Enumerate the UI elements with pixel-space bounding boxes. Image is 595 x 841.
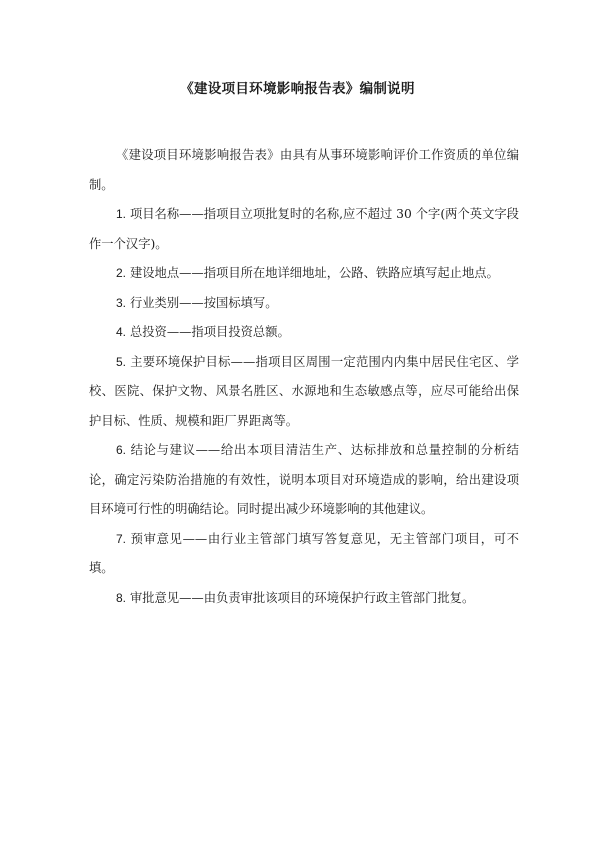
item-text: 行业类别——按国标填写。 <box>130 296 278 310</box>
item-text: 审批意见——由负责审批该项目的环境保护行政主管部门批复。 <box>130 591 474 605</box>
item-number: 7. <box>116 532 126 546</box>
document-title: 《建设项目环境影响报告表》编制说明 <box>0 77 595 97</box>
document-body: 《建设项目环境影响报告表》由具有从事环境影响评价工作资质的单位编制。 1. 项目… <box>89 141 519 613</box>
item-text: 主要环境保护目标——指项目区周围一定范围内内集中居民住宅区、学校、医院、保护文物… <box>89 355 519 428</box>
item-text: 总投资——指项目投资总额。 <box>130 325 290 339</box>
item-number: 2. <box>116 266 126 280</box>
item-4: 4. 总投资——指项目投资总额。 <box>89 318 519 348</box>
item-8: 8. 审批意见——由负责审批该项目的环境保护行政主管部门批复。 <box>89 584 519 614</box>
item-3: 3. 行业类别——按国标填写。 <box>89 289 519 319</box>
item-number: 1. <box>116 207 126 221</box>
item-5: 5. 主要环境保护目标——指项目区周围一定范围内内集中居民住宅区、学校、医院、保… <box>89 348 519 437</box>
item-text: 建设地点——指项目所在地详细地址，公路、铁路应填写起止地点。 <box>130 266 499 280</box>
item-1: 1. 项目名称——指项目立项批复时的名称,应不超过 30 个字(两个英文字段作一… <box>89 200 519 259</box>
item-6: 6. 结论与建议——给出本项目清洁生产、达标排放和总量控制的分析结论，确定污染防… <box>89 436 519 525</box>
item-text: 结论与建议——给出本项目清洁生产、达标排放和总量控制的分析结论，确定污染防治措施… <box>89 443 519 516</box>
item-number: 3. <box>116 296 126 310</box>
item-number: 4. <box>116 325 126 339</box>
item-number: 8. <box>116 591 126 605</box>
item-number: 6. <box>116 443 126 457</box>
intro-paragraph: 《建设项目环境影响报告表》由具有从事环境影响评价工作资质的单位编制。 <box>89 141 519 200</box>
item-7: 7. 预审意见——由行业主管部门填写答复意见，无主管部门项目，可不填。 <box>89 525 519 584</box>
item-text: 项目名称——指项目立项批复时的名称,应不超过 30 个字(两个英文字段作一个汉字… <box>89 207 519 251</box>
item-2: 2. 建设地点——指项目所在地详细地址，公路、铁路应填写起止地点。 <box>89 259 519 289</box>
item-number: 5. <box>116 355 126 369</box>
item-text: 预审意见——由行业主管部门填写答复意见，无主管部门项目，可不填。 <box>89 532 519 576</box>
